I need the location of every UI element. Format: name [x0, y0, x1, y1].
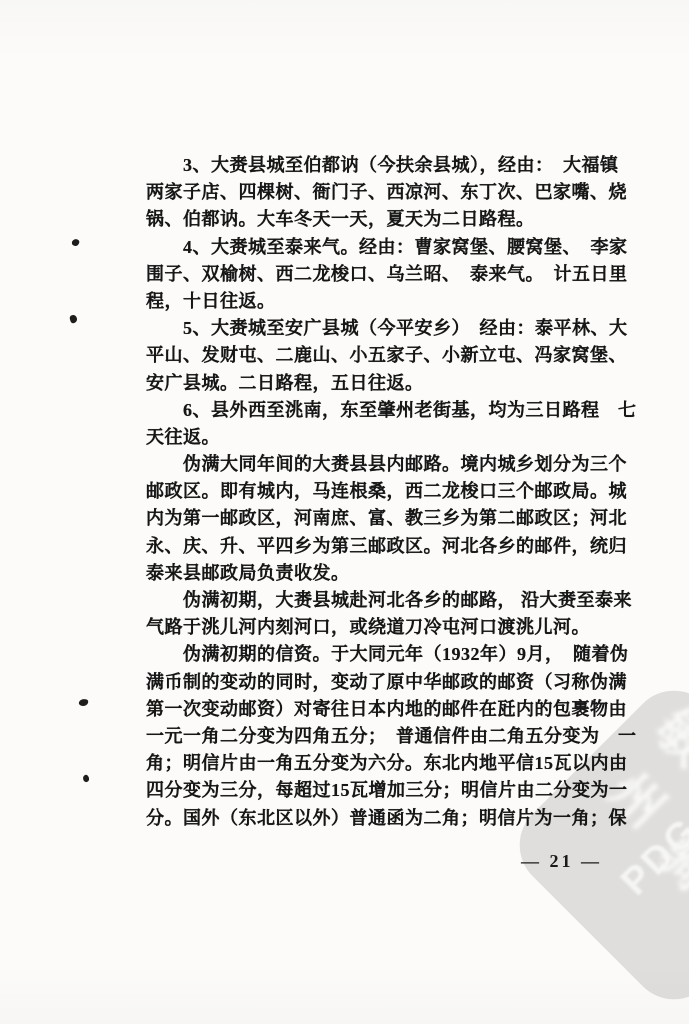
watermark-glyph: 敏 — [644, 702, 689, 776]
text-line: 四分变为三分，每超过15瓦增加三分；明信片由二分变为一 — [146, 777, 646, 804]
ink-speck — [69, 314, 78, 324]
text-line: 两家子店、四棵树、衙门子、西凉河、东丁次、巴家嘴、烧 — [146, 179, 646, 206]
text-line: 平山、发财屯、二鹿山、小五家子、小新立屯、冯家窝堡、 — [146, 342, 646, 369]
text-line: 分。国外（东北区以外）普通函为二角；明信片为一角；保 — [146, 805, 646, 832]
text-block: 3、大赉县城至伯都讷（今扶余县城），经由： 大福镇 两家子店、四棵树、衙门子、西… — [146, 152, 646, 832]
ink-speck — [78, 698, 88, 706]
text-line: 6、县外西至洮南，东至肇州老街基，均为三日路程 七 — [146, 397, 646, 424]
text-line: 内为第一邮政区，河南庶、富、教三乡为第二邮政区；河北 — [146, 505, 646, 532]
text-line: 围子、双榆树、西二龙梭口、乌兰昭、 泰来气。 计五日里 — [146, 261, 646, 288]
text-line: 锅、伯都讷。大车冬天一天，夏天为二日路程。 — [146, 206, 646, 233]
text-line: 泰来县邮政局负责收发。 — [146, 560, 646, 587]
text-line: 伪满初期的信资。于大同元年（1932年）9月， 随着伪 — [146, 641, 646, 668]
ink-speck — [82, 774, 91, 783]
text-line: 4、大赉城至泰来气。经由：曹家窝堡、腰窝堡、 李家 — [146, 234, 646, 261]
text-line: 一元一角二分变为四角五分； 普通信件由二角五分变为 一 — [146, 723, 646, 750]
text-line: 安广县城。二日路程，五日往返。 — [146, 370, 646, 397]
text-line: 伪满大同年间的大赉县县内邮路。境内城乡划分为三个 — [146, 451, 646, 478]
text-line: 第一次变动邮资）对寄往日本内地的邮件在瓩内的包裹物由 — [146, 696, 646, 723]
page-number: — 21 — — [521, 851, 602, 872]
text-line: 程，十日往返。 — [146, 288, 646, 315]
text-line: 5、大赉城至安广县城（今平安乡） 经由：泰平林、大 — [146, 315, 646, 342]
text-line: 永、庆、升、平四乡为第三邮政区。河北各乡的邮件，统归 — [146, 533, 646, 560]
text-line: 气路于洮儿河内刻河口，或绕道刀冷屯河口渡洮儿河。 — [146, 614, 646, 641]
scanned-page: 敏 易 州 骑 PDG 3、大赉县城至伯都讷（今扶余县城），经由： 大福镇 两家… — [0, 0, 689, 1024]
text-line: 满币制的变动的同时，变动了原中华邮政的邮资（习称伪满 — [146, 669, 646, 696]
text-line: 伪满初期，大赉县城赴河北各乡的邮路， 沿大赉至泰来 — [146, 587, 646, 614]
text-line: 邮政区。即有城内，马连根桑，西二龙梭口三个邮政局。城 — [146, 478, 646, 505]
text-line: 角；明信片由一角五分变为六分。东北内地平信15瓦以内由 — [146, 750, 646, 777]
ink-speck — [71, 238, 80, 247]
text-line: 3、大赉县城至伯都讷（今扶余县城），经由： 大福镇 — [146, 152, 646, 179]
text-line: 天往返。 — [146, 424, 646, 451]
